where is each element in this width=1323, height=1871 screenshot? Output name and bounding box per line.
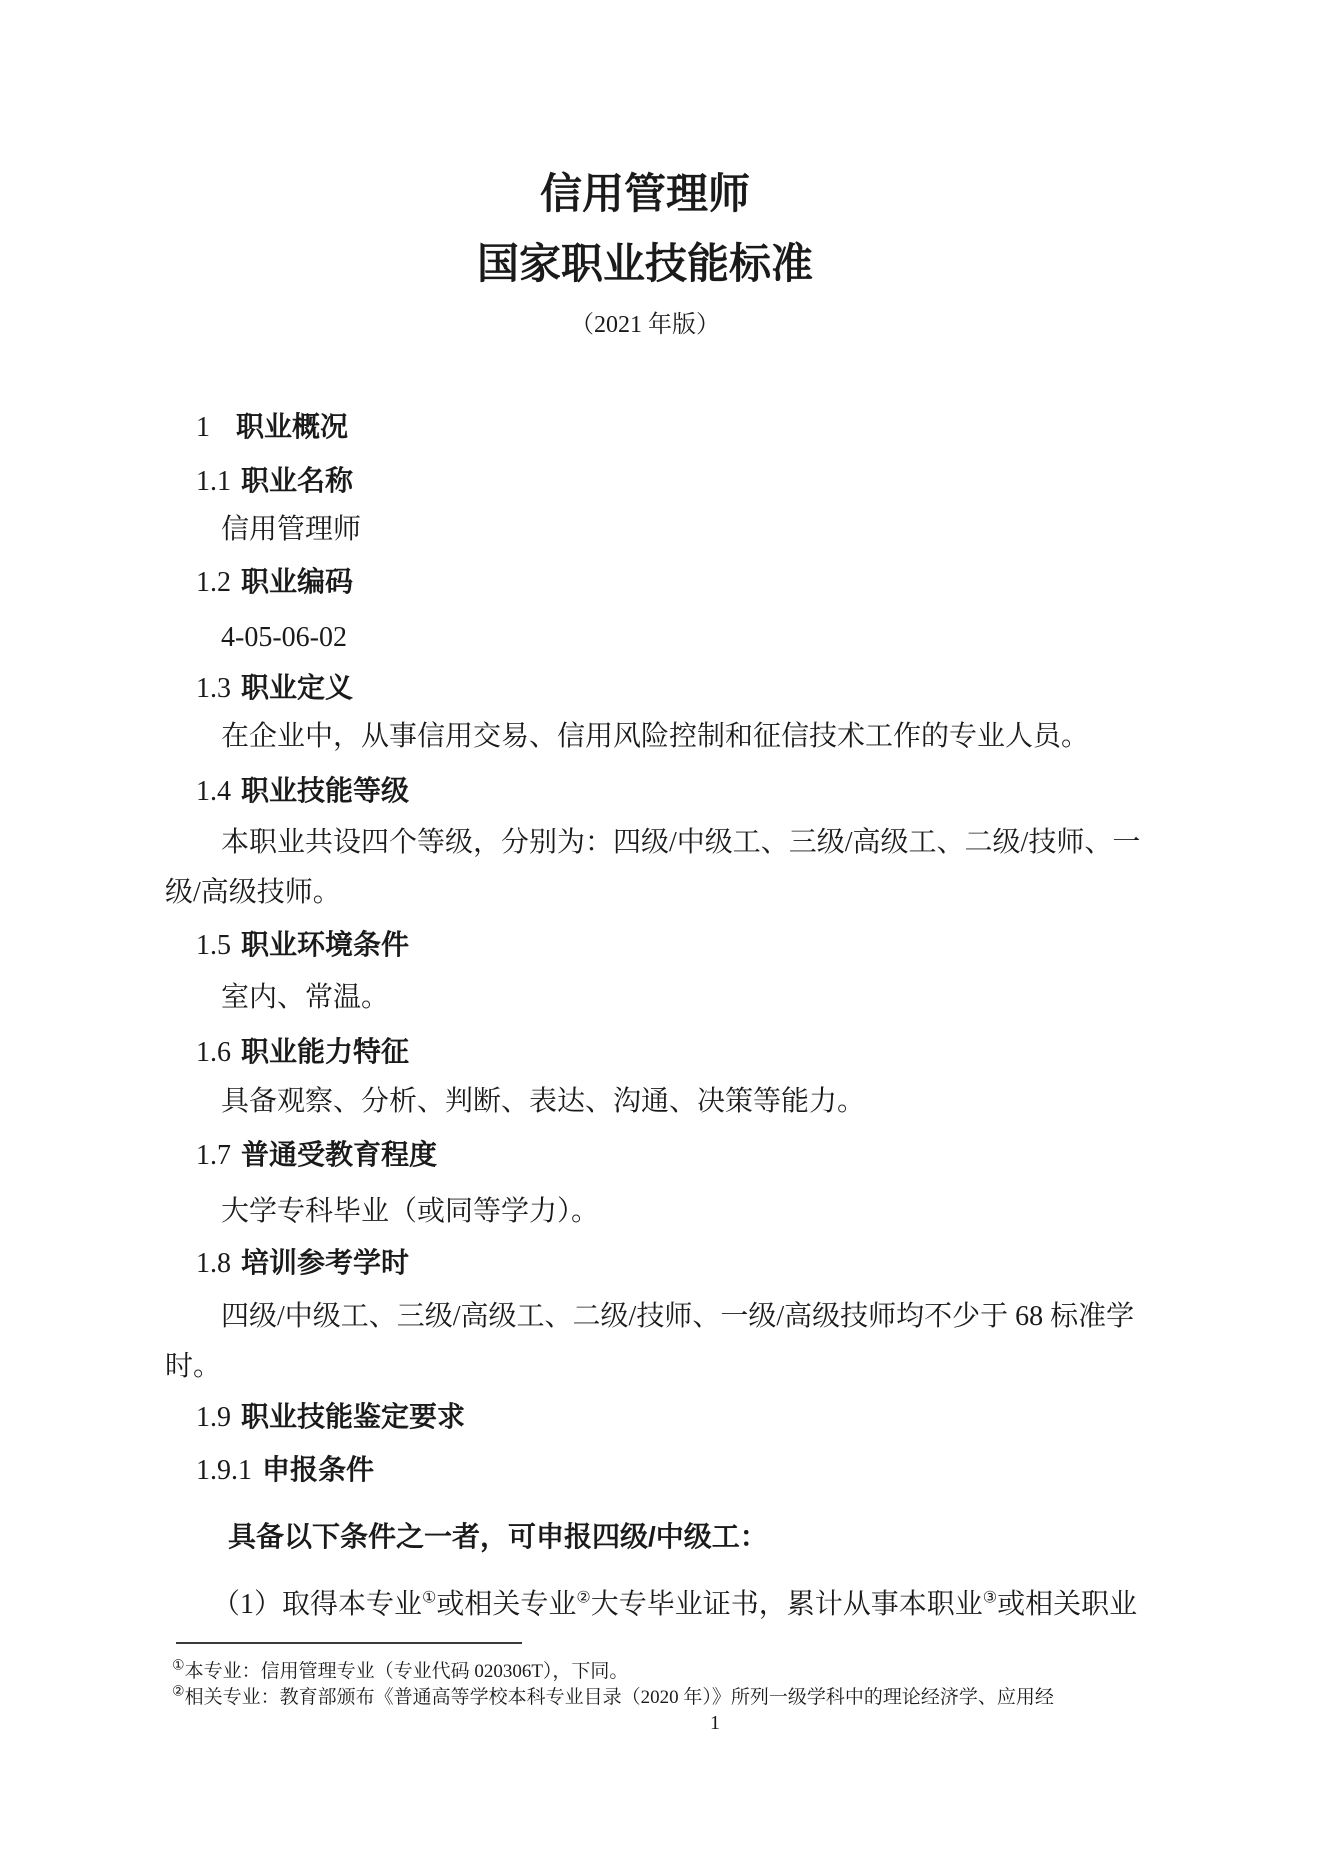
paragraph-item1: （1）取得本专业①或相关专业②大专毕业证书，累计从事本职业③或相关职业 — [212, 1587, 1137, 1623]
section-number: 1.4 — [196, 774, 231, 810]
section-label: 职业概况 — [236, 411, 348, 442]
paragraph-abilities: 具备观察、分析、判断、表达、沟通、决策等能力。 — [221, 1084, 865, 1120]
doc-title-line2: 国家职业技能标准 — [165, 240, 1125, 288]
section-heading-1-5: 1.5职业环境条件 — [196, 927, 409, 964]
paragraph-levels-line1: 本职业共设四个等级，分别为：四级/中级工、三级/高级工、二级/技师、一 — [221, 825, 1140, 861]
doc-title-line1: 信用管理师 — [165, 170, 1125, 218]
footnote-1-marker: ① — [172, 1659, 185, 1674]
section-heading-1: 1职业概况 — [196, 409, 348, 446]
footnote-ref-3: ③ — [983, 1590, 997, 1607]
section-number: 1.6 — [196, 1035, 231, 1071]
section-label: 职业能力特征 — [241, 1036, 409, 1067]
footnote-ref-1: ① — [422, 1590, 436, 1607]
section-number: 1.3 — [196, 671, 231, 707]
section-heading-1-3: 1.3职业定义 — [196, 670, 353, 707]
paragraph-apply-intro: 具备以下条件之一者，可申报四级/中级工： — [228, 1519, 768, 1555]
section-heading-1-4: 1.4职业技能等级 — [196, 773, 409, 810]
section-heading-1-9: 1.9职业技能鉴定要求 — [196, 1399, 465, 1436]
paragraph-definition: 在企业中，从事信用交易、信用风险控制和征信技术工作的专业人员。 — [221, 719, 1089, 755]
section-number: 1.2 — [196, 565, 231, 601]
footnote-2: ②相关专业：教育部颁布《普通高等学校本科专业目录（2020 年）》所列一级学科中… — [172, 1686, 1054, 1710]
item1-seg4: 或相关职业 — [997, 1589, 1137, 1620]
section-label: 申报条件 — [262, 1454, 374, 1485]
footnote-1-text: 本专业：信用管理专业（专业代码 020306T），下同。 — [185, 1661, 629, 1682]
section-label: 职业技能鉴定要求 — [241, 1401, 465, 1432]
section-label: 职业环境条件 — [241, 929, 409, 960]
page-number: 1 — [690, 1710, 740, 1736]
paragraph-education: 大学专科毕业（或同等学力）。 — [221, 1194, 599, 1230]
section-label: 职业名称 — [241, 465, 353, 496]
section-number: 1 — [196, 410, 226, 446]
section-label: 职业编码 — [241, 566, 353, 597]
footnote-separator — [176, 1642, 522, 1644]
section-label: 普通受教育程度 — [241, 1139, 437, 1170]
item1-seg3: 大专毕业证书，累计从事本职业 — [591, 1589, 983, 1620]
item1-seg1: （1）取得本专业 — [212, 1589, 422, 1620]
paragraph-occupation-name: 信用管理师 — [221, 512, 361, 548]
section-label: 职业定义 — [241, 672, 353, 703]
section-number: 1.9.1 — [196, 1453, 252, 1489]
section-number: 1.5 — [196, 928, 231, 964]
section-heading-1-6: 1.6职业能力特征 — [196, 1034, 409, 1071]
document-page: 信用管理师 国家职业技能标准 （2021 年版） 1职业概况 1.1职业名称 信… — [0, 0, 1323, 1871]
item1-seg2: 或相关专业 — [436, 1589, 576, 1620]
footnote-1: ①本专业：信用管理专业（专业代码 020306T），下同。 — [172, 1660, 628, 1684]
paragraph-levels-line2: 级/高级技师。 — [165, 875, 341, 911]
section-number: 1.7 — [196, 1138, 231, 1174]
section-label: 职业技能等级 — [241, 775, 409, 806]
paragraph-training-line2: 时。 — [165, 1349, 221, 1385]
footnote-2-text: 相关专业：教育部颁布《普通高等学校本科专业目录（2020 年）》所列一级学科中的… — [185, 1687, 1054, 1708]
section-number: 1.9 — [196, 1400, 231, 1436]
footnote-2-marker: ② — [172, 1685, 185, 1700]
paragraph-occupation-code: 4-05-06-02 — [221, 620, 347, 656]
footnote-ref-2: ② — [576, 1590, 590, 1607]
paragraph-training-line1: 四级/中级工、三级/高级工、二级/技师、一级/高级技师均不少于 68 标准学 — [221, 1299, 1134, 1335]
doc-edition: （2021 年版） — [165, 310, 1125, 340]
section-heading-1-2: 1.2职业编码 — [196, 564, 353, 601]
section-heading-1-8: 1.8培训参考学时 — [196, 1245, 409, 1282]
section-number: 1.1 — [196, 464, 231, 500]
section-number: 1.8 — [196, 1246, 231, 1282]
section-heading-1-1: 1.1职业名称 — [196, 463, 353, 500]
paragraph-environment: 室内、常温。 — [221, 980, 389, 1016]
section-heading-1-7: 1.7普通受教育程度 — [196, 1137, 437, 1174]
section-label: 培训参考学时 — [241, 1247, 409, 1278]
section-heading-1-9-1: 1.9.1申报条件 — [196, 1452, 374, 1489]
